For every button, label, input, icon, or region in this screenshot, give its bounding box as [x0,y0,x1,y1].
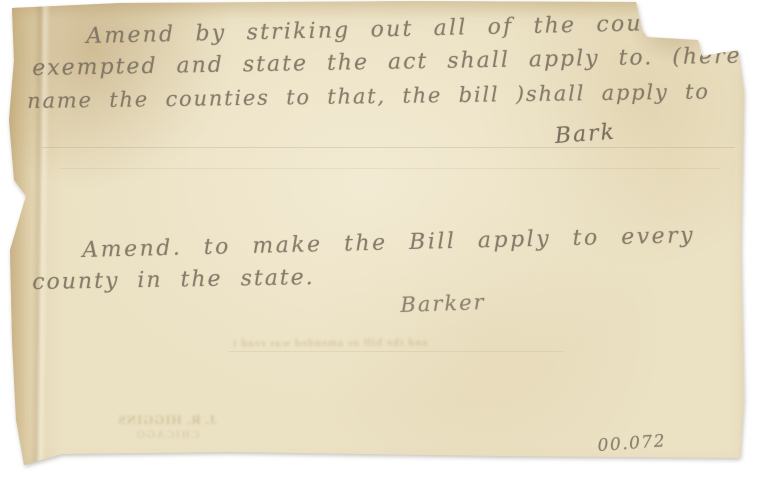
scanned-document-page: Amend by striking out all of the countie… [0,0,760,478]
bleedthrough-stamp-city: CHICAGO [112,429,222,441]
faint-ruled-line [60,168,720,169]
bleedthrough-stamp-name: J. R. HIGGINS [112,412,222,428]
aged-paper-sheet: Amend by striking out all of the countie… [0,0,760,478]
faint-ruled-line [228,351,564,352]
bleedthrough-stamp: J. R. HIGGINS CHICAGO [112,412,222,441]
paper-shadow-wrap: Amend by striking out all of the countie… [0,0,760,478]
amendment2-line-2: county in the state. [32,265,315,295]
bleedthrough-text-line: and the bill as amended was read the sec… [233,336,428,349]
amendment2-signature: Barker [400,290,486,317]
amendment1-signature: Bark [554,120,617,149]
faint-ruled-line [42,147,735,148]
